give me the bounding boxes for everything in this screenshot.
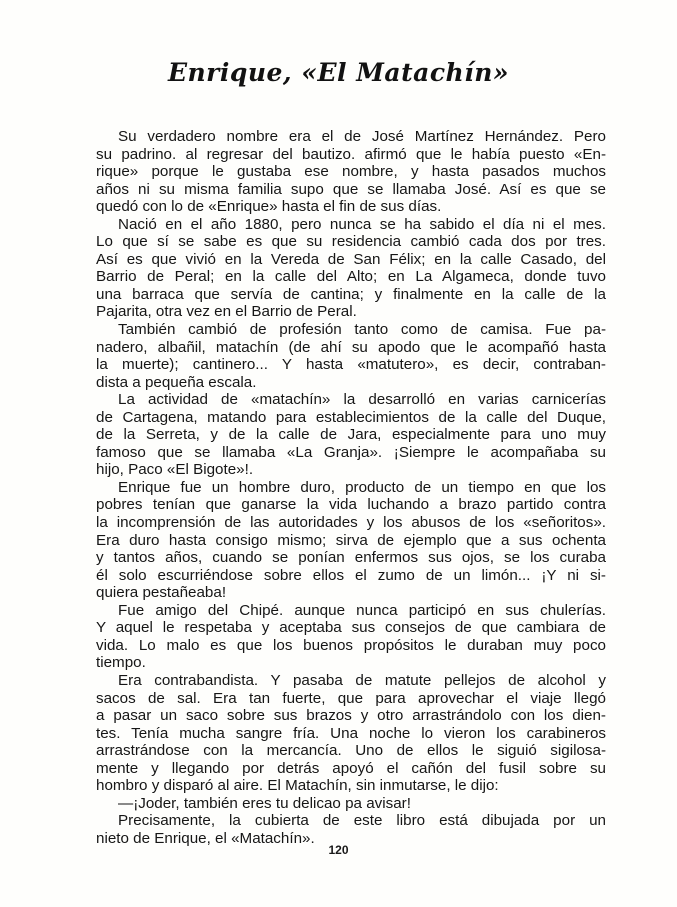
text-line: a pasar un saco sobre sus brazos y otro … xyxy=(96,707,606,725)
text-line: Era contrabandista. Y pasaba de matute p… xyxy=(96,672,606,690)
text-line: Su verdadero nombre era el de José Martí… xyxy=(96,128,606,146)
dialogue-paragraph: —¡Joder, también eres tu delicao pa avis… xyxy=(96,795,606,813)
text-line: nadero, albañil, matachín (de ahí su apo… xyxy=(96,339,606,357)
paragraph: Fue amigo del Chipé. aunque nunca partic… xyxy=(96,602,606,672)
text-line: de la Serreta, y de la calle de Jara, es… xyxy=(96,426,606,444)
text-line: Nació en el año 1880, pero nunca se ha s… xyxy=(96,216,606,234)
text-line: hombro y disparó al aire. El Matachín, s… xyxy=(96,777,606,795)
text-line: vida. Lo malo es que los buenos propósit… xyxy=(96,637,606,655)
paragraph: Enrique fue un hombre duro, producto de … xyxy=(96,479,606,602)
text-line: Y aquel le respetaba y aceptaba sus cons… xyxy=(96,619,606,637)
text-line: rique» porque le gustaba ese nombre, y h… xyxy=(96,163,606,181)
text-line: de Cartagena, matando para establecimien… xyxy=(96,409,606,427)
text-line: tiempo. xyxy=(96,654,606,672)
page-title: Enrique, «El Matachín» xyxy=(0,58,677,87)
text-line: Fue amigo del Chipé. aunque nunca partic… xyxy=(96,602,606,620)
body-text: Su verdadero nombre era el de José Martí… xyxy=(96,128,606,847)
text-line: Era duro hasta consigo mismo; sirva de e… xyxy=(96,532,606,550)
text-line: Barrio de Peral; en la calle del Alto; e… xyxy=(96,268,606,286)
text-line: él solo escurriéndose sobre ellos el zum… xyxy=(96,567,606,585)
paragraph: Era contrabandista. Y pasaba de matute p… xyxy=(96,672,606,795)
text-line: su padrino. al regresar del bautizo. afi… xyxy=(96,146,606,164)
text-line: la muerte); cantinero... Y hasta «matute… xyxy=(96,356,606,374)
text-line: quiera pestañeaba! xyxy=(96,584,606,602)
text-line: y tantos años, cuando se ponían enfermos… xyxy=(96,549,606,567)
paragraph: Su verdadero nombre era el de José Martí… xyxy=(96,128,606,216)
paragraph: La actividad de «matachín» la desarrolló… xyxy=(96,391,606,479)
text-line: años ni su misma familia supo que se lla… xyxy=(96,181,606,199)
text-line: La actividad de «matachín» la desarrolló… xyxy=(96,391,606,409)
text-line: mente y llegando por detrás apoyó el cañ… xyxy=(96,760,606,778)
text-line: También cambió de profesión tanto como d… xyxy=(96,321,606,339)
text-line: arrastrándose con la mercancía. Uno de e… xyxy=(96,742,606,760)
text-line: pobres tenían que ganarse la vida luchan… xyxy=(96,496,606,514)
text-line: —¡Joder, también eres tu delicao pa avis… xyxy=(96,795,606,813)
text-line: Lo que sí se sabe es que su residencia c… xyxy=(96,233,606,251)
text-line: sacos de sal. Era tan fuerte, que para a… xyxy=(96,690,606,708)
paragraph: Nació en el año 1880, pero nunca se ha s… xyxy=(96,216,606,321)
text-line: una barraca que servía de cantina; y fin… xyxy=(96,286,606,304)
text-line: tes. Tenía mucha sangre fría. Una noche … xyxy=(96,725,606,743)
text-line: hijo, Paco «El Bigote»!. xyxy=(96,461,606,479)
text-line: famoso que se llamaba «La Granja». ¡Siem… xyxy=(96,444,606,462)
text-line: Enrique fue un hombre duro, producto de … xyxy=(96,479,606,497)
text-line: Pajarita, otra vez en el Barrio de Peral… xyxy=(96,303,606,321)
text-line: la incomprensión de las autoridades y lo… xyxy=(96,514,606,532)
text-line: Precisamente, la cubierta de este libro … xyxy=(96,812,606,830)
document-page: Enrique, «El Matachín» Su verdadero nomb… xyxy=(0,0,677,907)
text-line: Así es que vivió en la Vereda de San Fél… xyxy=(96,251,606,269)
page-number: 120 xyxy=(0,843,677,857)
paragraph: También cambió de profesión tanto como d… xyxy=(96,321,606,391)
text-line: quedó con lo de «Enrique» hasta el fin d… xyxy=(96,198,606,216)
text-line: dista a pequeña escala. xyxy=(96,374,606,392)
